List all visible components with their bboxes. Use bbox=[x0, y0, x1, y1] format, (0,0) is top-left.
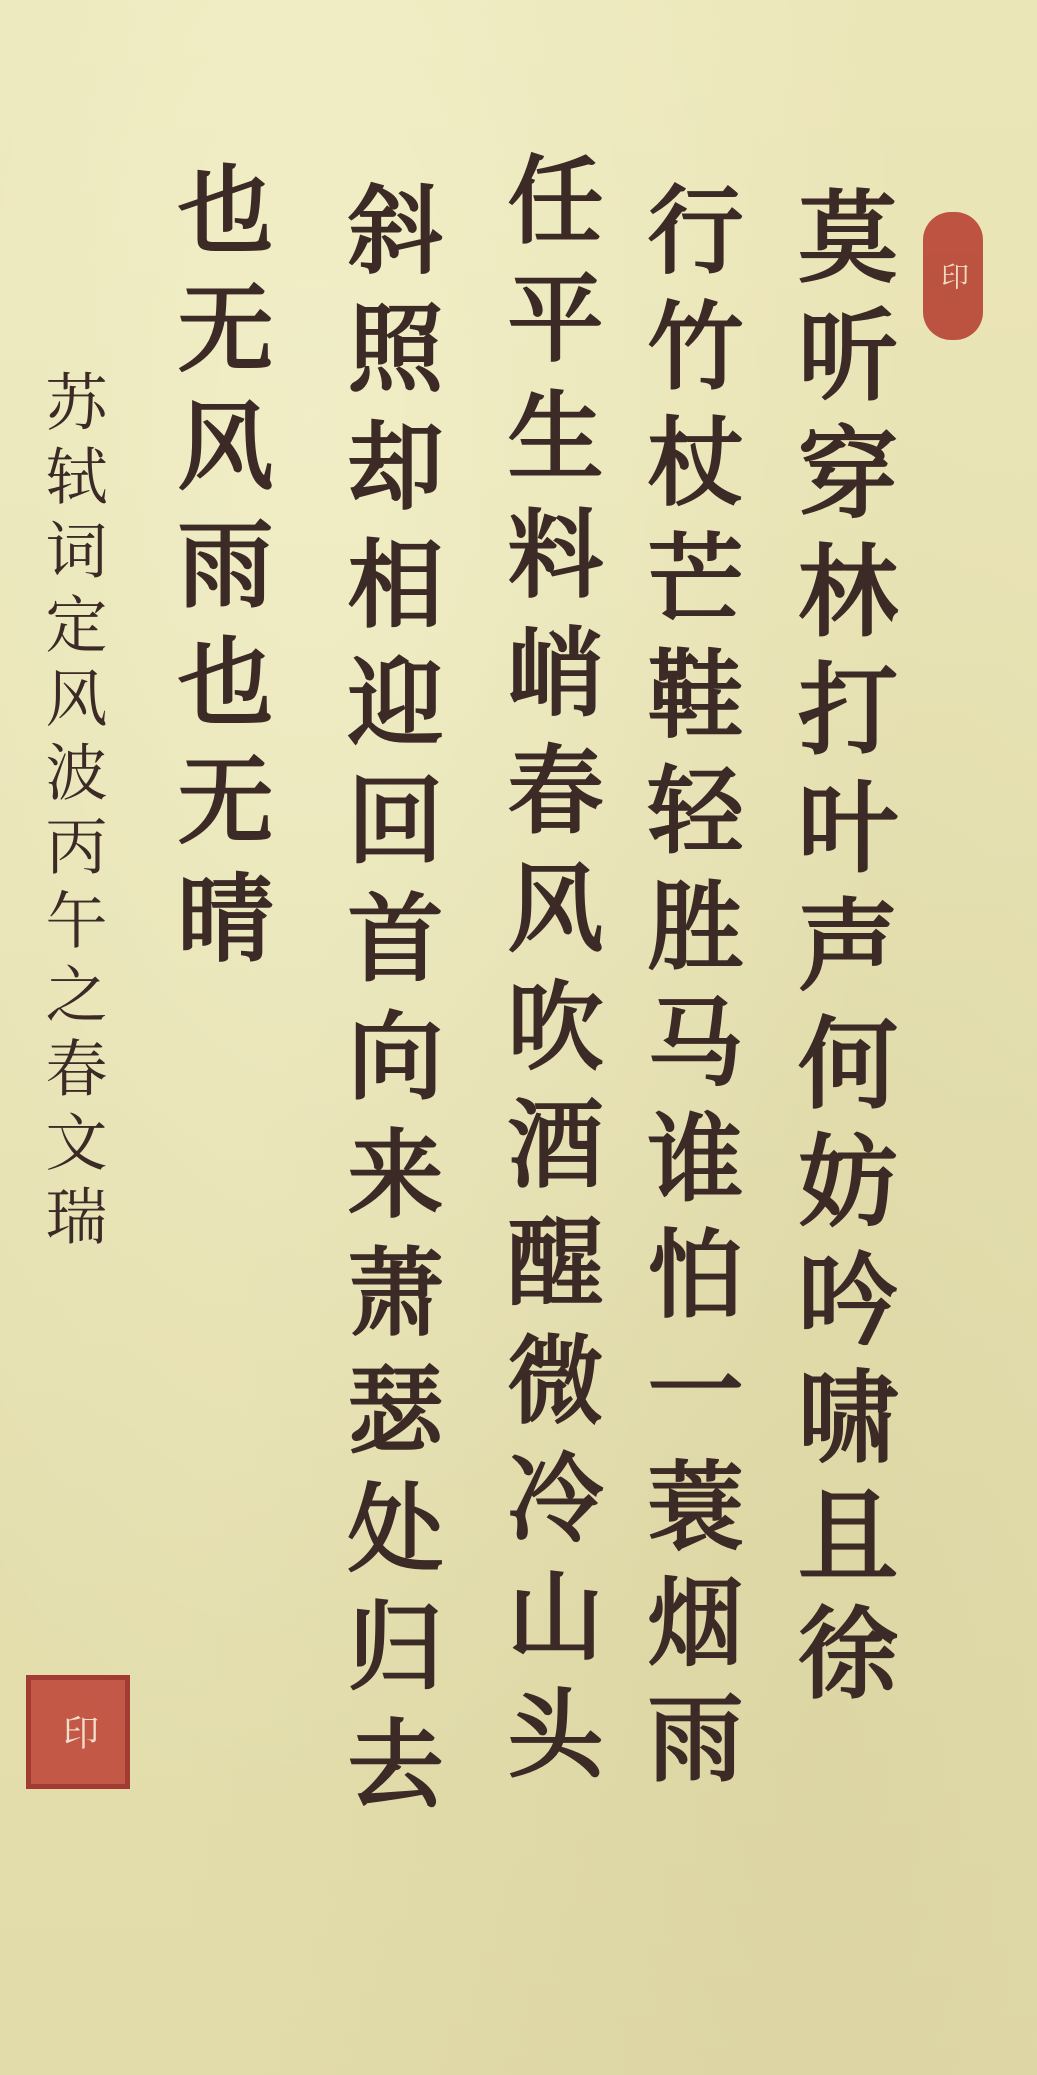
calligraphy-column-1: 莫听穿林打叶声何妨吟啸且徐 bbox=[790, 185, 890, 1719]
calligraphy-paper: 印 莫听穿林打叶声何妨吟啸且徐 行竹杖芒鞋轻胜马谁怕一蓑烟雨 任平生料峭春风吹酒… bbox=[0, 0, 1037, 2075]
calligraphy-column-4: 斜照却相迎回首向来萧瑟处归去 bbox=[340, 180, 436, 1832]
seal-top-right: 印 bbox=[923, 212, 983, 340]
seal-bottom-left: 印 bbox=[26, 1675, 130, 1789]
calligraphy-column-5: 也无风雨也无晴 bbox=[170, 160, 266, 986]
calligraphy-column-3: 任平生料峭春风吹酒醒微冷山头 bbox=[500, 150, 596, 1802]
signature-inscription: 苏轼词定风波丙午之春文瑞 bbox=[40, 370, 102, 1258]
calligraphy-column-2: 行竹杖芒鞋轻胜马谁怕一蓑烟雨 bbox=[640, 180, 736, 1804]
